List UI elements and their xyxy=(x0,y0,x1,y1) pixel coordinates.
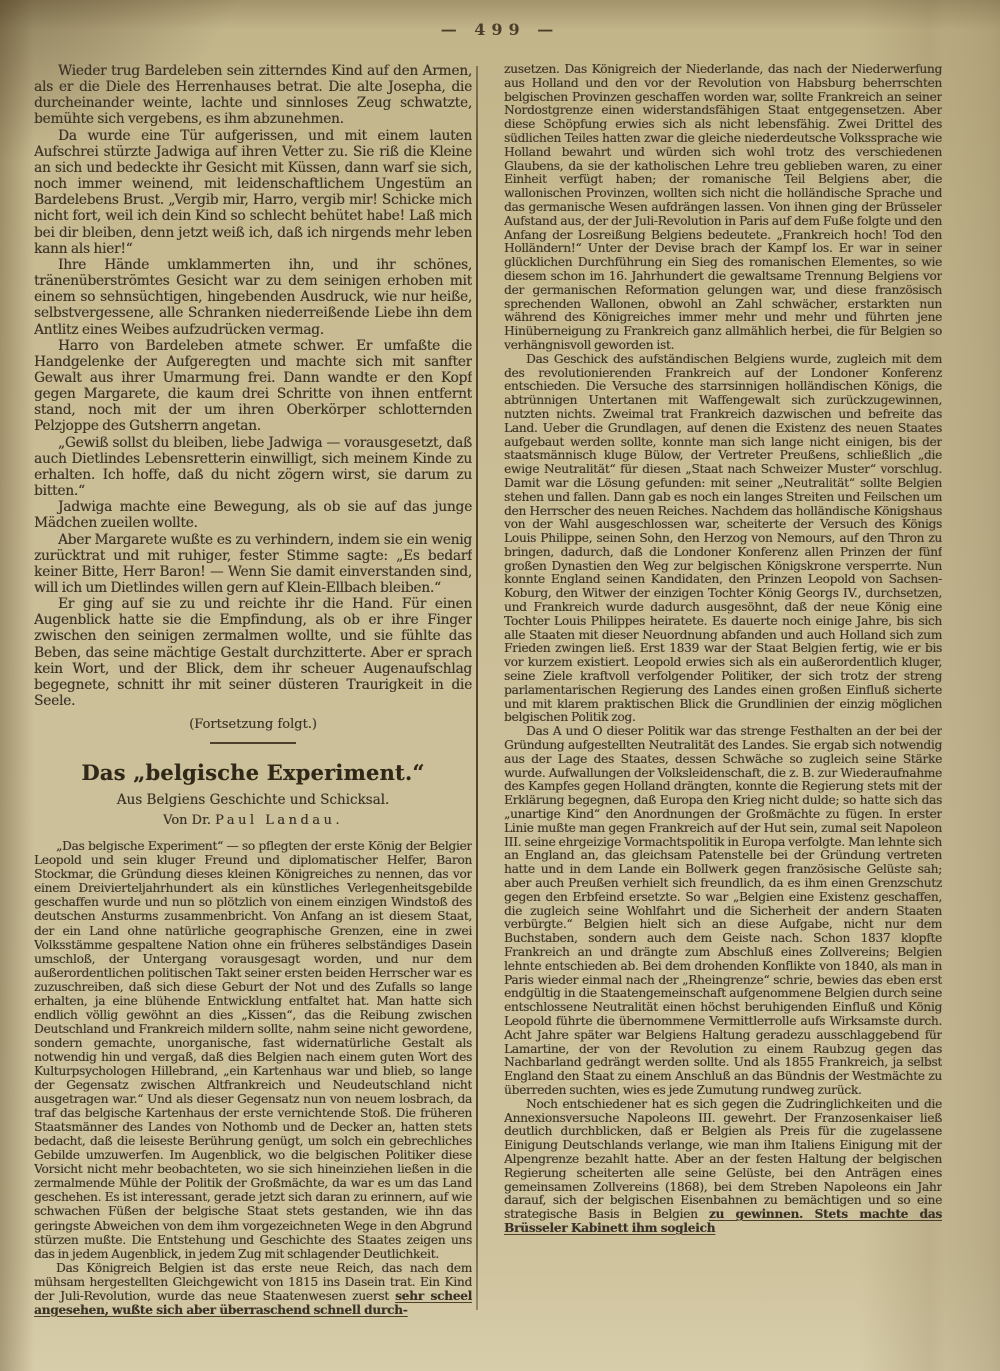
story-paragraph: Er ging auf sie zu und reichte ihr die H… xyxy=(34,596,472,709)
article-paragraph: zusetzen. Das Königreich der Niederlande… xyxy=(504,63,942,353)
story-paragraph: Jadwiga machte eine Bewegung, als ob sie… xyxy=(34,499,472,531)
left-column: Wieder trug Bardeleben sein zitterndes K… xyxy=(34,63,472,1359)
page-number: — 499 — xyxy=(0,20,1000,39)
continuation-note: (Fortsetzung folgt.) xyxy=(34,717,472,732)
article-paragraph: Noch entschiedener hat es sich gegen die… xyxy=(504,1098,942,1236)
byline-prefix: Von Dr. xyxy=(163,813,211,828)
article-paragraph: Das Königreich Belgien ist das erste neu… xyxy=(34,1261,472,1317)
article-paragraph: Das A und O dieser Politik war das stren… xyxy=(504,725,942,1098)
article-paragraph: „Das belgische Experiment“ — so pflegten… xyxy=(34,839,472,1260)
story-paragraph: Wieder trug Bardeleben sein zitterndes K… xyxy=(34,63,472,128)
byline-author-name: Paul Landau. xyxy=(215,813,343,828)
story-paragraph: Aber Margarete wußte es zu verhindern, i… xyxy=(34,532,472,597)
article-body-left: „Das belgische Experiment“ — so pflegten… xyxy=(34,839,472,1317)
article-byline: Von Dr. Paul Landau. xyxy=(34,813,472,828)
column-divider xyxy=(476,66,478,1310)
story-paragraph: „Gewiß sollst du bleiben, liebe Jadwiga … xyxy=(34,435,472,500)
story-paragraph: Harro von Bardeleben atmete schwer. Er u… xyxy=(34,338,472,435)
story-paragraph: Ihre Hände umklammerten ihn, und ihr sch… xyxy=(34,257,472,338)
section-divider-rule xyxy=(210,742,296,744)
serial-story-section: Wieder trug Bardeleben sein zitterndes K… xyxy=(34,63,472,709)
scanned-journal-page: — 499 — Wieder trug Bardeleben sein zitt… xyxy=(0,0,1000,1371)
article-subtitle: Aus Belgiens Geschichte und Schicksal. xyxy=(34,792,472,808)
right-column: zusetzen. Das Königreich der Niederlande… xyxy=(504,63,942,1359)
article-paragraph: Das Geschick des aufständischen Belgiens… xyxy=(504,353,942,726)
article-title: Das „belgische Experiment.“ xyxy=(34,760,472,785)
article-closing-lead: Noch entschiedener hat es sich gegen die… xyxy=(504,1097,942,1221)
story-paragraph: Da wurde eine Tür aufgerissen, und mit e… xyxy=(34,128,472,257)
